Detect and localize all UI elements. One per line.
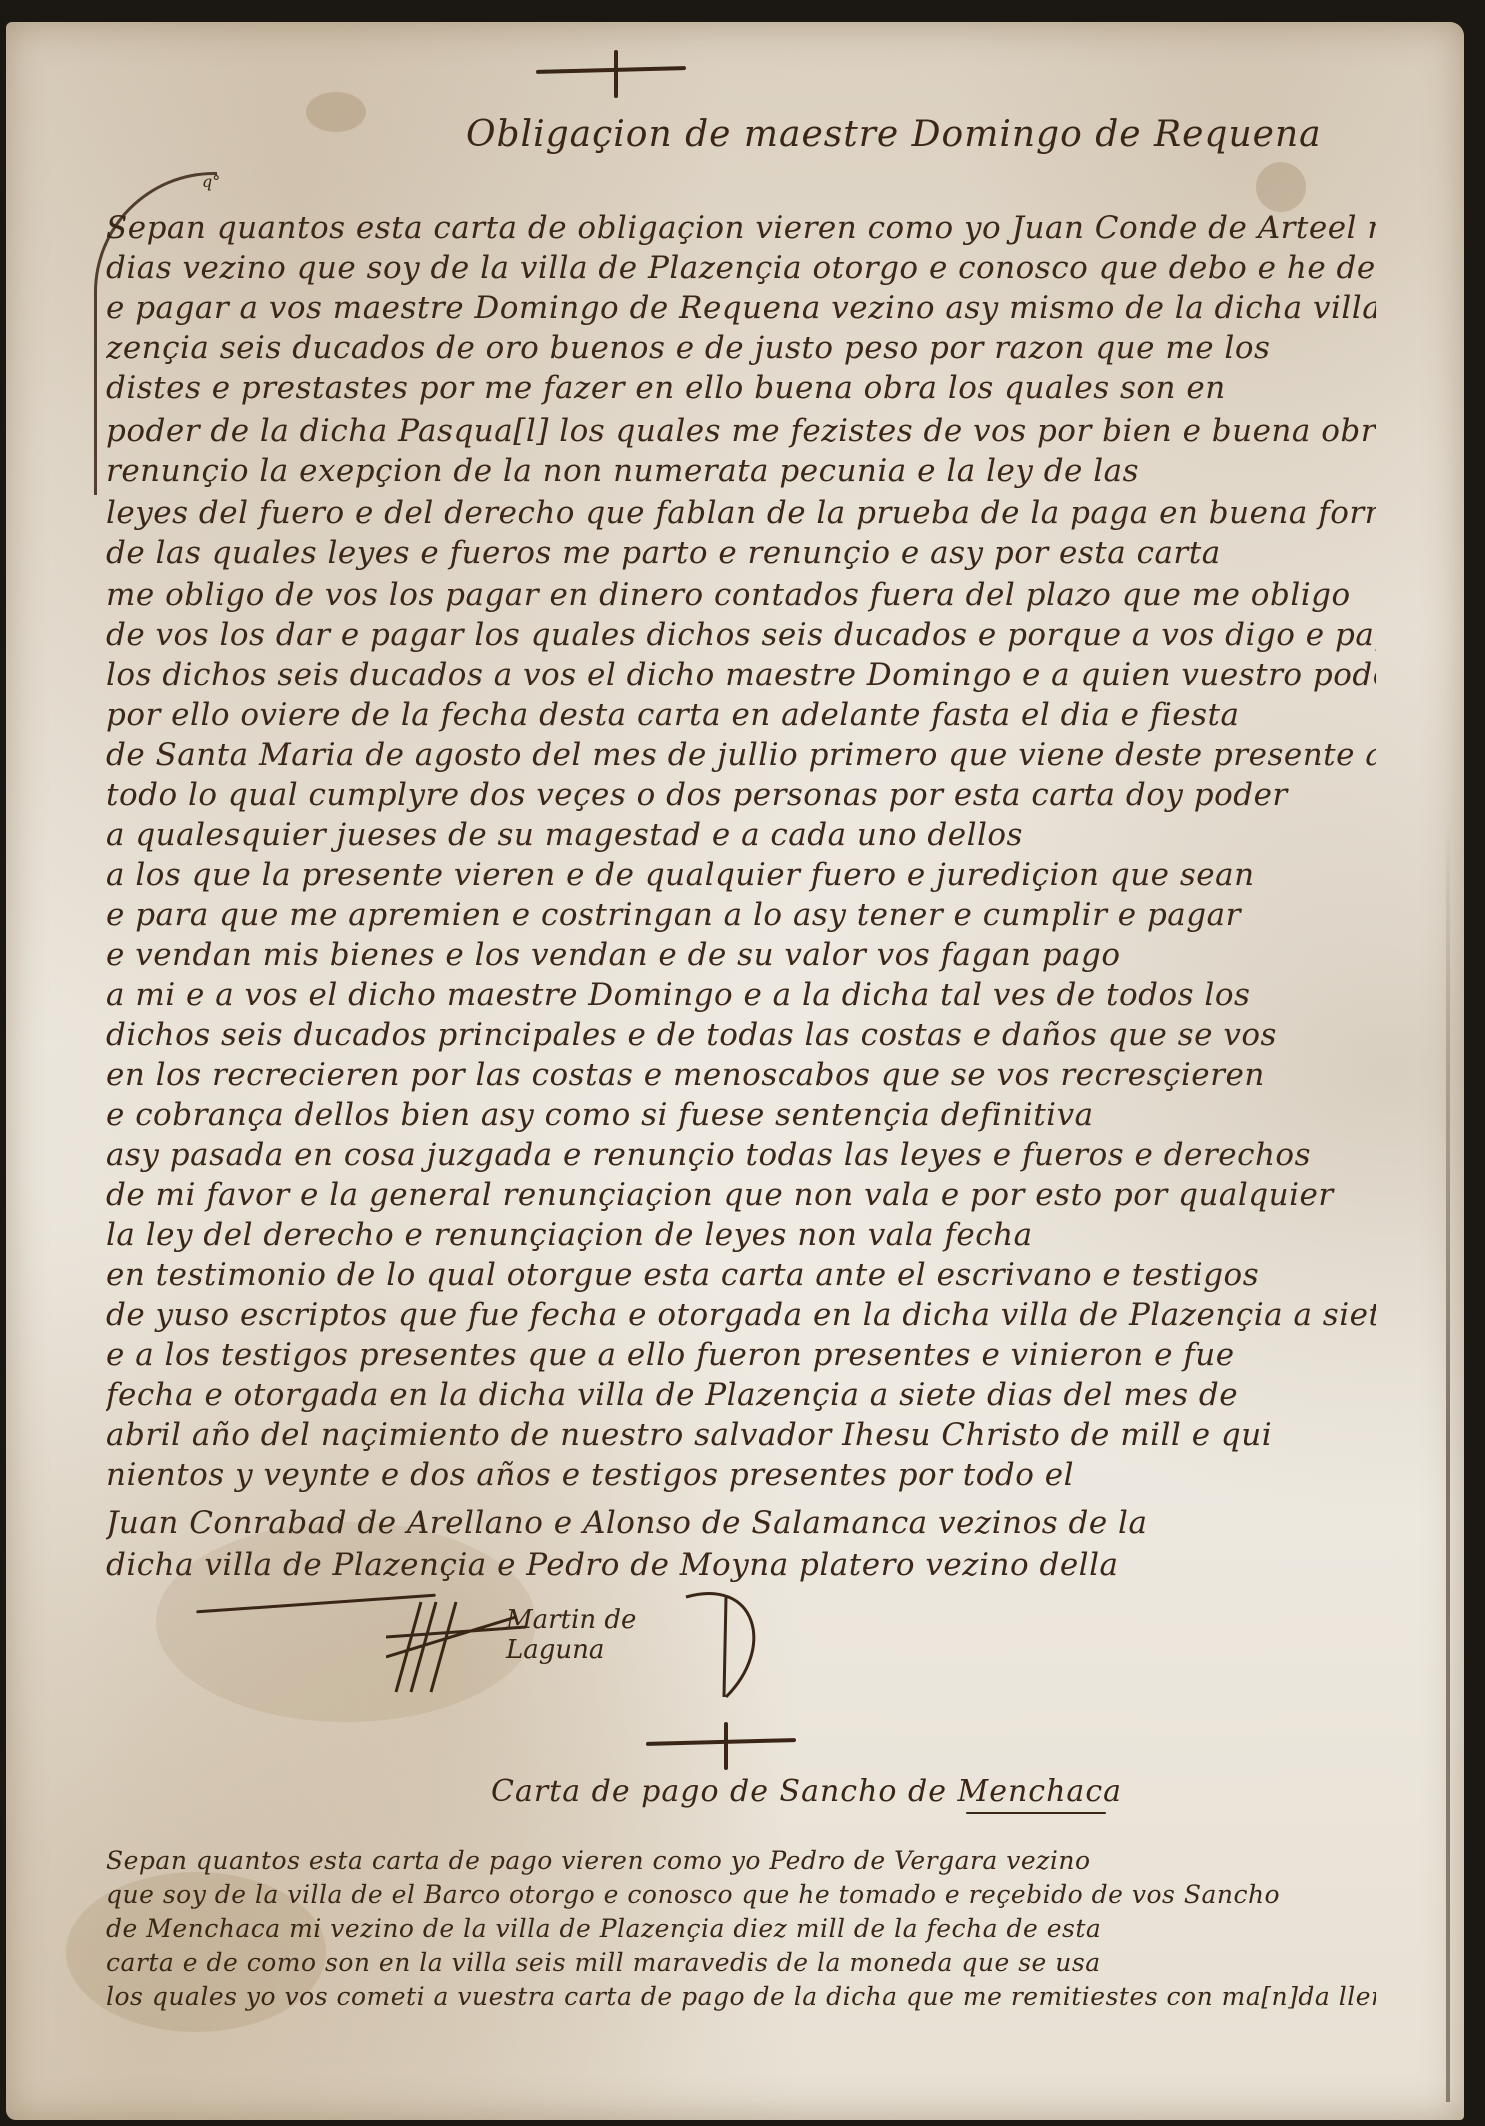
text-line: dias vezino que soy de la villa de Plaze… xyxy=(106,247,1376,289)
text-line: en los recrecieren por las costas e meno… xyxy=(106,1054,1376,1096)
text-line: por ello oviere de la fecha desta carta … xyxy=(106,694,1376,736)
signature-rubric-icon xyxy=(386,1597,526,1697)
text-line: dicha villa de Plazençia e Pedro de Moyn… xyxy=(106,1544,1376,1586)
text-line: e a los testigos presentes que a ello fu… xyxy=(106,1334,1376,1376)
text-line: Juan Conrabad de Arellano e Alonso de Sa… xyxy=(106,1502,1376,1544)
text-line: e para que me apremien e costringan a lo… xyxy=(106,894,1376,936)
text-line: la ley del derecho e renunçiaçion de ley… xyxy=(106,1214,1376,1256)
manuscript-page: Obligaçion de maestre Domingo de Requena… xyxy=(6,22,1464,2120)
text-line: nientos y veynte e dos años e testigos p… xyxy=(106,1454,1376,1496)
text-line: los quales yo vos cometi a vuestra carta… xyxy=(106,1980,1376,2014)
text-line: de mi favor e la general renunçiaçion qu… xyxy=(106,1174,1376,1216)
text-line: renunçio la exepçion de la non numerata … xyxy=(106,450,1376,492)
text-line: Sepan quantos esta carta de pago vieren … xyxy=(106,1844,1376,1878)
text-line: e cobrança dellos bien asy como si fuese… xyxy=(106,1094,1376,1136)
text-line: e pagar a vos maestre Domingo de Requena… xyxy=(106,287,1376,329)
text-line: abril año del naçimiento de nuestro salv… xyxy=(106,1414,1376,1456)
text-line: todo lo qual cumplyre dos veçes o dos pe… xyxy=(106,774,1376,816)
text-line: que soy de la villa de el Barco otorgo e… xyxy=(106,1878,1376,1912)
text-line: de las quales leyes e fueros me parto e … xyxy=(106,532,1376,574)
cross-mark-icon xyxy=(646,1722,806,1772)
cross-mark-icon xyxy=(536,50,696,100)
notary-signature: Martin de Laguna xyxy=(386,1597,806,1707)
text-line: de vos los dar e pagar los quales dichos… xyxy=(106,614,1376,656)
signature-name-line: Laguna xyxy=(506,1635,636,1665)
text-line: asy pasada en cosa juzgada e renunçio to… xyxy=(106,1134,1376,1176)
signature-name: Martin de Laguna xyxy=(506,1605,636,1665)
paper-stain xyxy=(1256,162,1306,212)
text-line: leyes del fuero e del derecho que fablan… xyxy=(106,492,1376,534)
signature-name-line: Martin de xyxy=(506,1605,636,1635)
text-line: a qualesquier jueses de su magestad e a … xyxy=(106,814,1376,856)
text-line: en testimonio de lo qual otorgue esta ca… xyxy=(106,1254,1376,1296)
margin-note: q° xyxy=(202,172,220,191)
signature-flourish-icon xyxy=(666,1587,786,1707)
text-line: fecha e otorgada en la dicha villa de Pl… xyxy=(106,1374,1376,1416)
text-line: Sepan quantos esta carta de obligaçion v… xyxy=(106,207,1376,249)
text-line: zençia seis ducados de oro buenos e de j… xyxy=(106,327,1376,369)
text-line: poder de la dicha Pasqua[l] los quales m… xyxy=(106,410,1376,452)
document-title: Obligaçion de maestre Domingo de Requena xyxy=(466,114,1322,155)
text-line: distes e prestastes por me fazer en ello… xyxy=(106,367,1376,409)
text-line: e vendan mis bienes e los vendan e de su… xyxy=(106,934,1376,976)
text-line: a mi e a vos el dicho maestre Domingo e … xyxy=(106,974,1376,1016)
text-line: de yuso escriptos que fue fecha e otorga… xyxy=(106,1294,1376,1336)
text-line: de Menchaca mi vezino de la villa de Pla… xyxy=(106,1912,1376,1946)
text-line: carta e de como son en la villa seis mil… xyxy=(106,1946,1376,1980)
page-edge-shadow xyxy=(1446,822,1450,2102)
paper-stain xyxy=(306,92,366,132)
section-title: Carta de pago de Sancho de Menchaca xyxy=(491,1774,1122,1809)
text-line: los dichos seis ducados a vos el dicho m… xyxy=(106,654,1376,696)
text-line: dichos seis ducados principales e de tod… xyxy=(106,1014,1376,1056)
title-underline xyxy=(966,1812,1106,1814)
text-line: de Santa Maria de agosto del mes de jull… xyxy=(106,734,1376,776)
text-line: me obligo de vos los pagar en dinero con… xyxy=(106,574,1376,616)
text-line: a los que la presente vieren e de qualqu… xyxy=(106,854,1376,896)
